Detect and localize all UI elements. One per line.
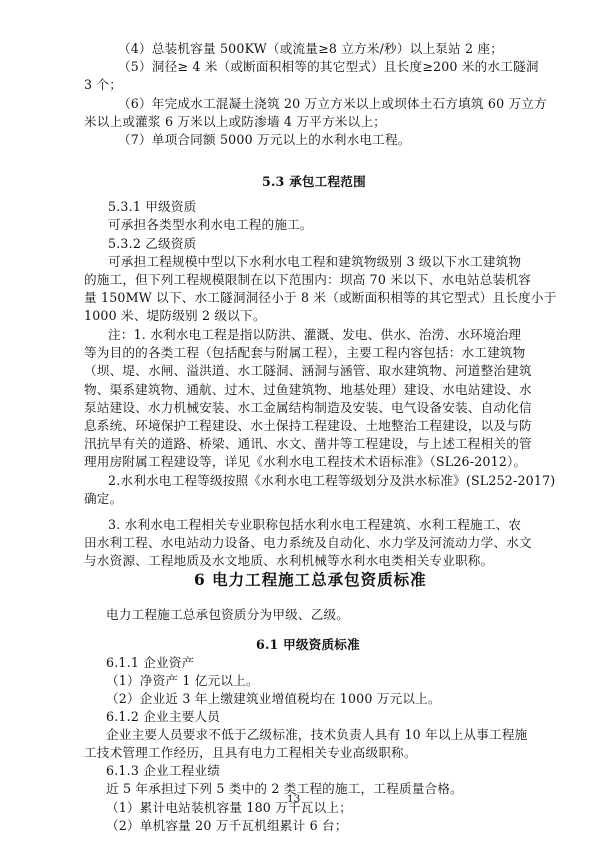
text-line: 理用房附属工程建设等，详见《水利水电工程技术术语标准》（SL26-2012）。 bbox=[84, 453, 526, 470]
text-line: 物、渠系建筑物、通航、过木、过鱼建筑物、地基处理）建设、水电站建设、水 bbox=[84, 381, 532, 398]
text-line: 5.3.1 甲级资质 bbox=[108, 198, 196, 215]
text-line: 与水资源、工程地质及水文地质、水利机械等水利水电类相关专业职称。 bbox=[84, 552, 493, 569]
text-line: 米以上或灌浆 6 万米以上或防渗墙 4 万平方米以上； bbox=[84, 113, 386, 130]
section-heading: 6 电力工程施工总承包资质标准 bbox=[194, 571, 427, 588]
text-line: （7）单项合同额 5000 万元以上的水利水电工程。 bbox=[118, 131, 411, 148]
text-line: 6.1.2 企业主要人员 bbox=[106, 708, 220, 725]
text-line: 的施工，但下列工程规模限制在以下范围内：坝高 70 米以下、水电站总装机容 bbox=[84, 271, 531, 288]
text-line: 息系统、环境保护工程建设、水土保持工程建设、土地整治工程建设，以及与防 bbox=[84, 417, 532, 434]
section-heading: 5.3 承包工程范围 bbox=[262, 173, 366, 190]
text-line: 工技术管理工作经历，且具有电力工程相关专业高级职称。 bbox=[84, 744, 417, 761]
text-line: 可承担工程规模中型以下水利水电工程和建筑物级别 3 级以下水工建筑物 bbox=[108, 253, 521, 270]
text-line: （2）单机容量 20 万千瓦机组累计 6 台； bbox=[106, 817, 348, 834]
text-line: 田水利工程、水电站动力设备、电力系统及自动化、水力学及河流动力学、水文 bbox=[84, 534, 532, 551]
page-number: 13 bbox=[287, 793, 300, 805]
text-line: （5）洞径≥ 4 米（或断面积相等的其它型式）且长度≥200 米的水工隧洞 bbox=[118, 58, 539, 75]
text-line: 注：1. 水利水电工程是指以防洪、灌溉、发电、供水、治涝、水环境治理 bbox=[108, 326, 521, 343]
text-line: 企业主要人员要求不低于乙级标准，技术负责人具有 10 年以上从事工程施 bbox=[106, 726, 527, 743]
text-line: 5.3.2 乙级资质 bbox=[108, 235, 196, 252]
text-line: 电力工程施工总承包资质分为甲级、乙级。 bbox=[106, 606, 349, 623]
text-line: 汛抗旱有关的道路、桥梁、通讯、水文、凿井等工程建设，与上述工程相关的管 bbox=[84, 435, 532, 452]
text-line: 3 个； bbox=[84, 76, 122, 93]
text-line: 2.水利水电工程等级按照《水利水电工程等级划分及洪水标准》(SL252-2017… bbox=[108, 472, 555, 489]
text-line: （4）总装机容量 500KW（或流量≥8 立方米/秒）以上泵站 2 座； bbox=[118, 40, 503, 57]
section-heading: 6.1 甲级资质标准 bbox=[256, 636, 360, 653]
text-line: （6）年完成水工混凝土浇筑 20 万立方米以上或坝体土石方填筑 60 万立方 bbox=[118, 95, 547, 112]
text-line: 1000 米、堤防级别 2 级以下。 bbox=[84, 307, 266, 324]
text-line: 6.1.3 企业工程业绩 bbox=[106, 762, 220, 779]
text-line: 确定。 bbox=[84, 490, 122, 507]
text-line: 3. 水利水电工程相关专业职称包括水利水电工程建筑、水利工程施工、农 bbox=[108, 516, 521, 533]
text-line: （坝、堤、水闸、溢洪道、水工隧洞、涵洞与涵管、取水建筑物、河道整治建筑 bbox=[84, 362, 532, 379]
text-line: （2）企业近 3 年上缴建筑业增值税均在 1000 万元以上。 bbox=[106, 690, 441, 707]
text-line: 6.1.1 企业资产 bbox=[106, 654, 194, 671]
text-line: 可承担各类型水利水电工程的施工。 bbox=[108, 216, 313, 233]
text-line: 近 5 年承担过下列 5 类中的 2 类工程的施工，工程质量合格。 bbox=[106, 780, 463, 797]
text-line: 等为目的的各类工程（包括配套与附属工程），主要工程内容包括：水工建筑物 bbox=[84, 344, 525, 361]
text-line: （1）累计电站装机容量 180 万千瓦以上； bbox=[106, 799, 352, 816]
text-line: 泵站建设、水力机械安装、水工金属结构制造及安装、电气设备安装、自动化信 bbox=[84, 399, 532, 416]
text-line: （1）净资产 1 亿元以上。 bbox=[106, 672, 259, 689]
text-line: 量 150MW 以下、水工隧洞洞径小于 8 米（或断面积相等的其它型式）且长度小… bbox=[84, 289, 557, 306]
